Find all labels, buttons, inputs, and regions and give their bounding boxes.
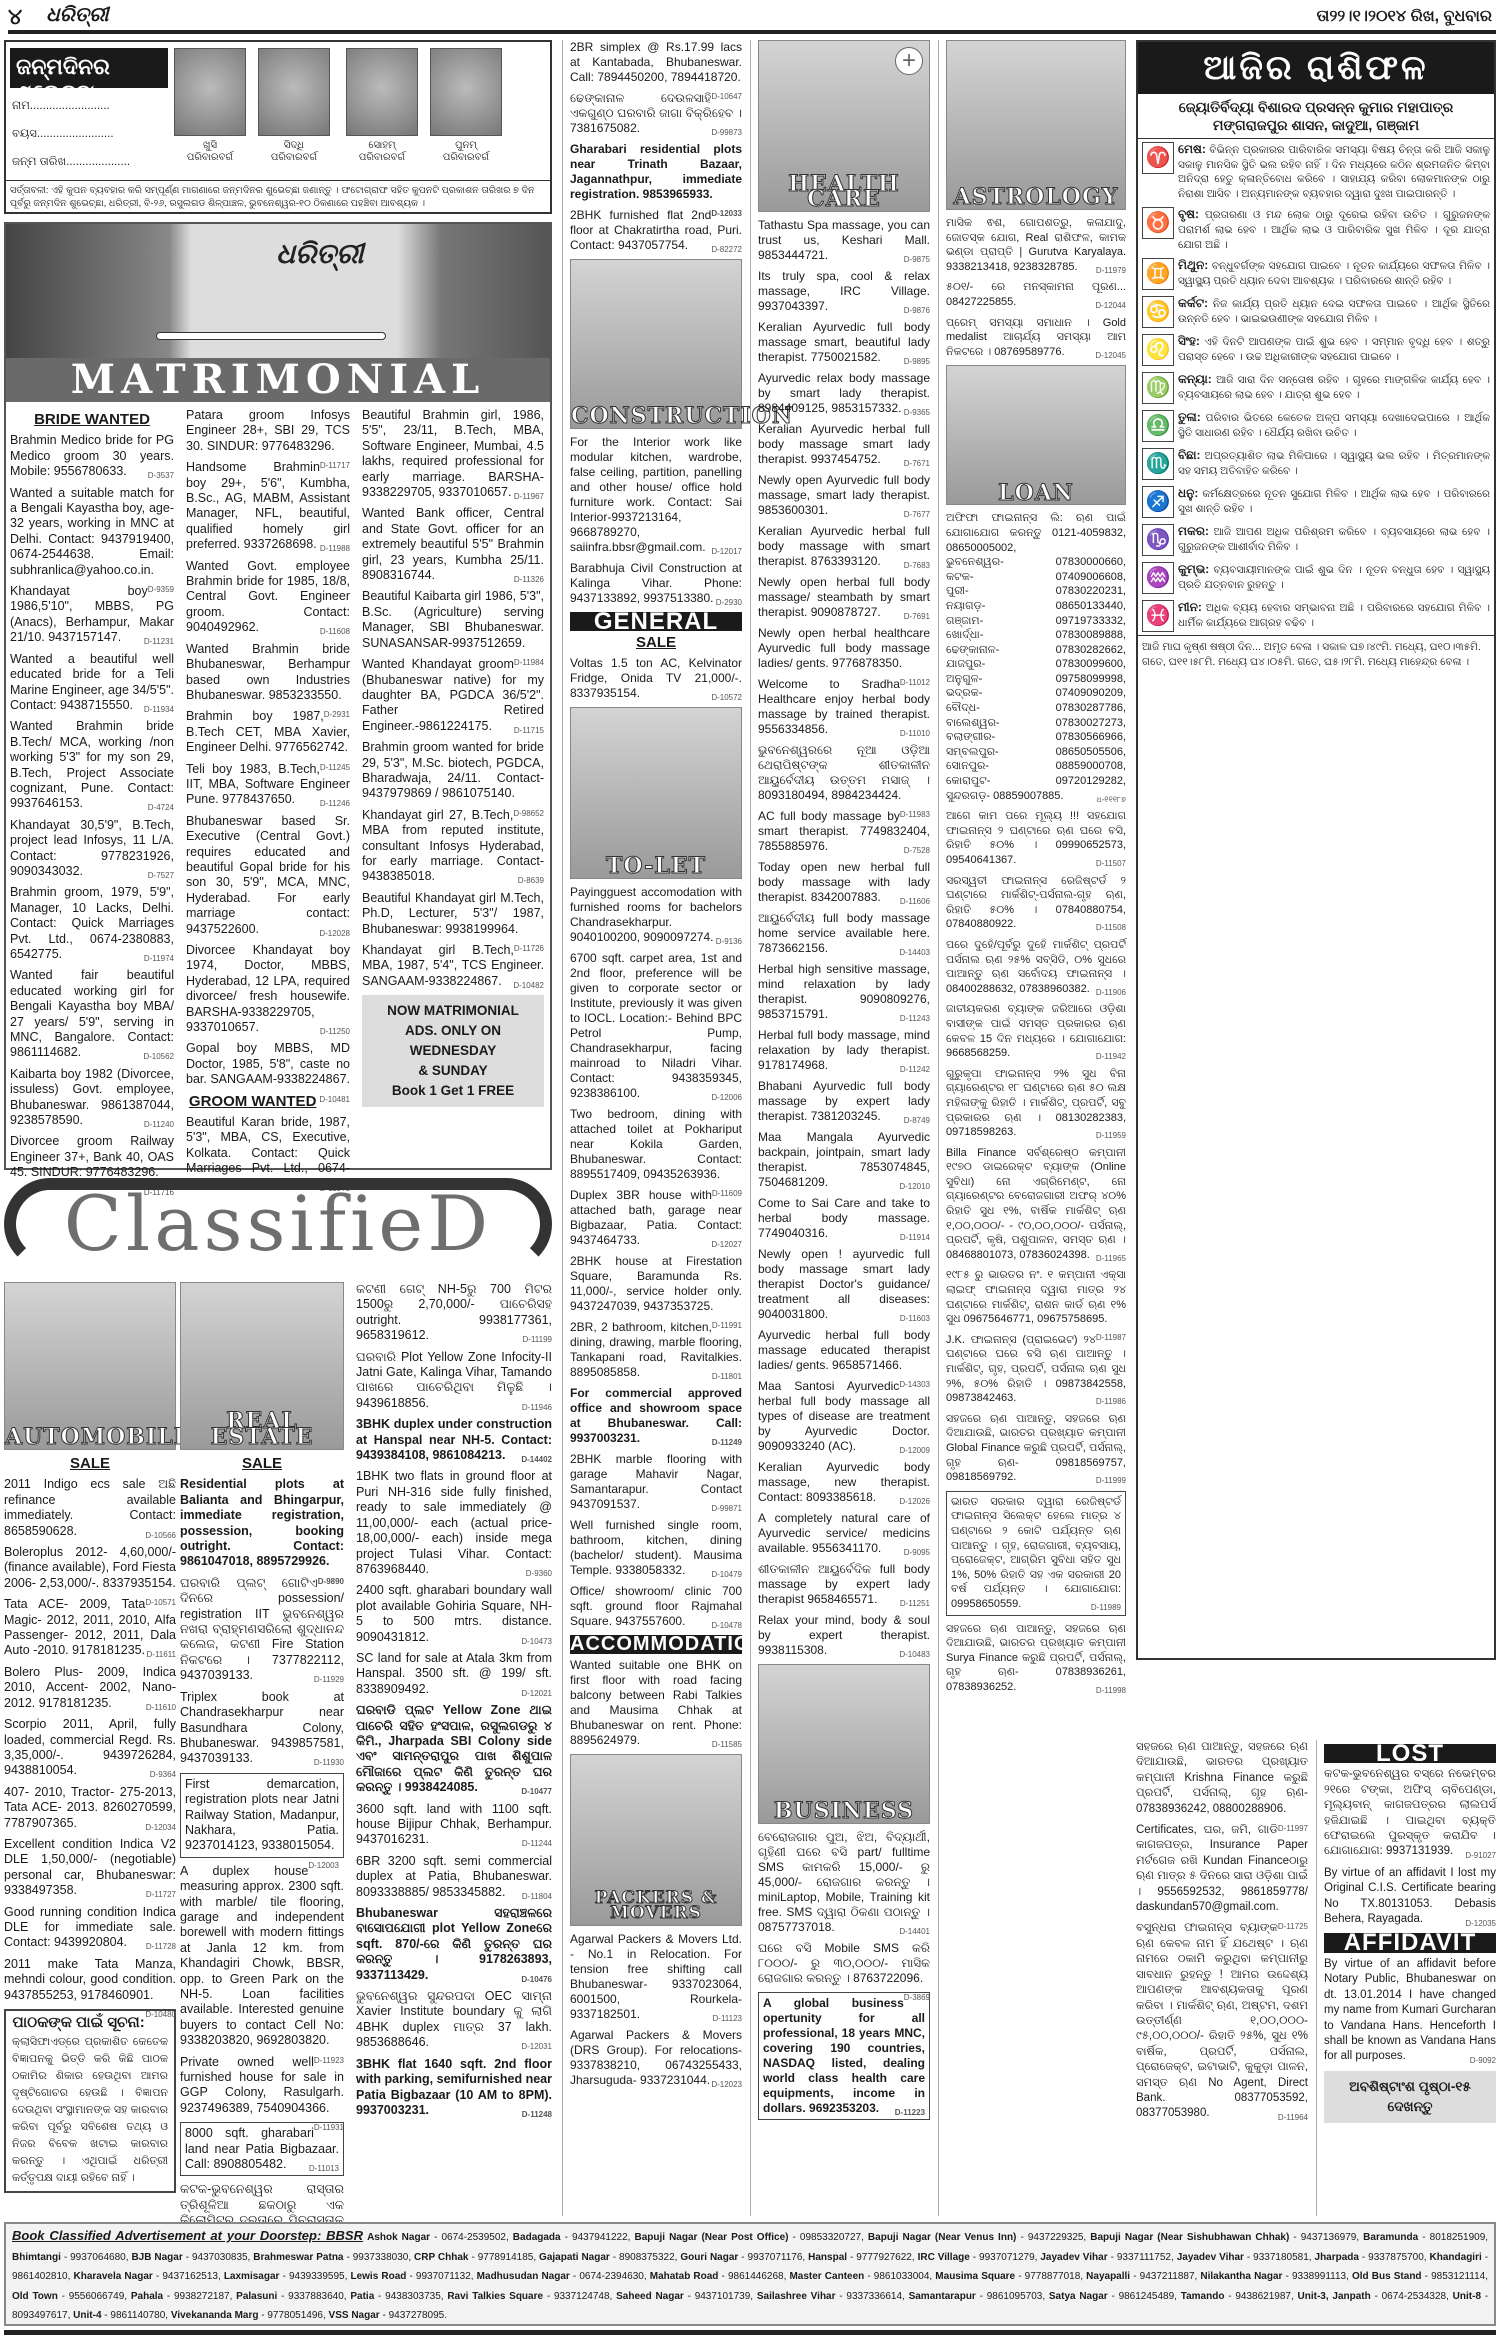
photo-caption: ପୁନମ୍ପରିବାରବର୍ଗ	[428, 140, 504, 164]
booking-centre: Baramunda - 8018251909,	[1359, 2232, 1488, 2243]
cancer-icon: ♋	[1142, 296, 1174, 328]
shehnai-icon	[156, 332, 386, 340]
column-divider	[750, 40, 751, 2216]
banner-arc-decoration	[4, 1178, 552, 1270]
packers-image: PACKERS & MOVERS	[570, 1754, 742, 1926]
column-8: LOST କଟକ-ଭୁବନେଶ୍ୱର ବସ୍‌ରେ ନଭେମ୍ବର ୨୧ରେ ଟ…	[1324, 1740, 1496, 2123]
classified-ad: A duplex house measuring approx. 2300 sq…	[180, 1864, 344, 2049]
classified-ad: 6700 sqft. carpet area, 1st and 2nd floo…	[570, 951, 742, 1101]
aquarius-icon: ♒	[1142, 562, 1174, 594]
booking-centre: Vivekananda Marg - 9778051496,	[168, 2310, 326, 2321]
issue-date: ତା୨୨।୧।୨୦୧୪ ରିଖ, ବୁଧବାର	[1317, 8, 1492, 26]
classified-ad: Tathastu Spa massage, you can trust us, …	[758, 218, 930, 263]
booking-centre: Gajapati Nagar - 8908375322,	[536, 2252, 677, 2263]
sign-aries: ♈ମେଷ: ବିଭିନ୍ନ ପ୍ରକାରର ପାରିବାରିକ ସମସ୍ୟା ବ…	[1138, 139, 1494, 204]
column-7: ସହଜରେ ଋଣ ପାଆନ୍ତୁ, ସହଜରେ ଋଣ ଦିଆଯାଉଛି, ଭାର…	[1136, 1740, 1308, 2128]
booking-centre: BJB Nagar - 9437030835,	[129, 2252, 251, 2263]
classified-ad: କଟଣୀ ଗେଟ୍ NH-5ରୁ 700 ମିଟର 1500ରୁ 2,70,00…	[356, 1282, 552, 1344]
masthead: ୪ ଧରିତ୍ରୀ ତା୨୨।୧।୨୦୧୪ ରିଖ, ବୁଧବାର	[8, 4, 1496, 34]
classified-ad: Newly open herbal full body massage/ ste…	[758, 575, 930, 620]
classified-ad: Wanted a beautiful well educated bride f…	[10, 652, 174, 714]
classified-ad: ଭାରତ ସରକାର ଦ୍ୱାରା ରେଜିଷ୍ଟର୍ଡ ଫାଇନାନ୍ସ ସି…	[946, 1491, 1126, 1616]
booking-centre: Master Canteen - 9861033004,	[786, 2271, 932, 2282]
classified-ad: ଘରବାରି ପ୍ଲଟ୍ ଗୋଟିଏ ଦିନରେ possession/ reg…	[180, 1576, 344, 1684]
classified-ad: Keralian Ayurvedic body massage, new the…	[758, 1460, 930, 1505]
reader-notice-title: ପାଠକଙ୍କ ପାଇଁ ସୂଚନା:	[12, 2015, 168, 2030]
classified-ad: Wanted Brahmin bride Bhubaneswar, Berham…	[186, 642, 350, 704]
horoscope-section: ଆଜିର ରାଶିଫଳ ଜ୍ୟୋତିର୍ବିଦ୍ୟା ବିଶାରଦ ପ୍ରସନ୍…	[1136, 40, 1496, 1660]
classified-ad: Brahmin Medico bride for PG Medico groom…	[10, 433, 174, 479]
classified-ad: Wanted Bank officer, Central and State G…	[362, 506, 544, 583]
matrimonial-col-2: Patara groom Infosys Engineer 28+, SBI 2…	[186, 408, 350, 1198]
booking-centre: Gouri Nagar - 9937071176,	[677, 2252, 805, 2263]
classified-ad: 2BHK house at Firestation Square, Baramu…	[570, 1254, 742, 1314]
classified-ad: Maa Mangala Ayurvedic backpain, jointpai…	[758, 1130, 930, 1190]
booking-strip-lead: Book Classified Advertisement at your Do…	[12, 2228, 363, 2243]
classified-ad: 2BHK marble flooring with garage Mahavir…	[570, 1452, 742, 1512]
classified-ad: Wanted Govt. employee Brahmin bride for …	[186, 559, 350, 636]
horoscope-title: ଆଜିର ରାଶିଫଳ	[1138, 42, 1494, 94]
classified-ad: Divorcee groom Railway Engineer 37+, Ban…	[10, 1134, 174, 1180]
booking-centre: Old Town - 9556066749,	[12, 2291, 127, 2302]
booking-centre: Sailashree Vihar - 9337336614,	[753, 2291, 905, 2302]
automobile-sale-heading: SALE	[4, 1456, 176, 1471]
sign-pisces: ♓ମୀନ: ଅଧିକ ବ୍ୟୟ ହେବାର ସମ୍ଭାବନା ଅଛି । ପରି…	[1138, 597, 1494, 635]
sign-scorpio: ♏ବିଛା: ଅପ୍ରତ୍ୟାଶିତ ଲାଭ ମିଳିପାରେ । ସ୍ୱାସ୍…	[1138, 445, 1494, 483]
panjika-footer: ଆଜି ମାଘ କୃଷ୍ଣ ଷଷ୍ଠୀ ଦିନ... ଅମୃତ ବେଳା । ସ…	[1138, 635, 1494, 673]
classified-ad: ଗୁରୁକୃପା ଫାଇନାନ୍ସ ୨% ସୁଧ ବିନା ଗ୍ୟାରେଣ୍ଟର…	[946, 1067, 1126, 1140]
classified-ad: 407- 2010, Tractor- 275-2013, Tata ACE- …	[4, 1785, 176, 1831]
classified-ad: Payingguest accomodation with furnished …	[570, 885, 742, 945]
bride-wanted-heading: BRIDE WANTED	[10, 412, 174, 427]
classified-ad: 3600 sqft. land with 1100 sqft. house Bi…	[356, 1802, 552, 1848]
sign-sagittarius: ♐ଧନୁ: କର୍ମକ୍ଷେତ୍ରରେ ନୂତନ ସୁଯୋଗ ମିଳିବ । ଆ…	[1138, 483, 1494, 521]
astrology-label: ASTROLOGY	[947, 190, 1125, 205]
reader-notice-body: କ୍ଲାସିଫାଏଡ୍‌ରେ ପ୍ରକାଶିତ କେତେକ ବିଜ୍ଞାପନକୁ…	[12, 2034, 168, 2187]
classified-ad: Brahmin groom wanted for bride 29, 5'3",…	[362, 740, 544, 802]
booking-centre: Mausima Square - 9778877018,	[932, 2271, 1083, 2282]
column-5: + HEALTH CARE Tathastu Spa massage, you …	[758, 40, 930, 2126]
classified-ad: 2011 Indigo ecs sale ଅଛି refinance avail…	[4, 1477, 176, 1539]
age-field: ବୟସ........................	[12, 128, 114, 141]
classified-ad: SC land for sale at Atala 3km from Hansp…	[356, 1651, 552, 1697]
classified-ad: Bhabani Ayurvedic full body massage by e…	[758, 1079, 930, 1124]
lost-heading: LOST	[1324, 1744, 1496, 1763]
booking-centre: Kharavela Nagar - 9437162513,	[70, 2271, 220, 2282]
sign-libra: ♎ତୁଳା: ପରିବାର ଭିତରେ କେତେକ ଅଳ୍ପ ସମସ୍ୟା ଦେ…	[1138, 407, 1494, 445]
booking-centre: VSS Nagar - 9437278095.	[326, 2310, 447, 2321]
classified-ad: Office/ showroom/ clinic 700 sqft. groun…	[570, 1584, 742, 1629]
classified-ad: Wanted a suitable match for a Bengali Ka…	[10, 486, 174, 578]
classified-ad: Handsome Brahmin boy 29+, 5'6", Kumbha, …	[186, 460, 350, 552]
column-divider	[562, 40, 563, 2216]
classified-ad: Boleroplus 2012- 4,60,000/- (finance ava…	[4, 1545, 176, 1591]
booking-centre: Patia - 9438303735,	[347, 2291, 444, 2302]
classified-ad: ପରେ ଦୁହେଁ/ପୂର୍ବରୁ ଦୁହେଁ ମାର୍କଶିଟ୍ ପ୍ରପର୍…	[946, 938, 1126, 996]
affidavit-heading: AFFIDAVIT	[1324, 1933, 1496, 1952]
aries-icon: ♈	[1142, 142, 1174, 174]
classified-ad: Herbal full body massage, mind relaxatio…	[758, 1028, 930, 1073]
classified-ad: 2BR simplex @ Rs.17.99 lacs at Kantabada…	[570, 40, 742, 85]
classified-ad: Beautiful Kaibarta girl 1986, 5'3", B.Sc…	[362, 589, 544, 651]
loan-label: LOAN	[947, 486, 1125, 501]
classified-banner: ClassifieD	[4, 1178, 552, 1270]
classified-ad: ଘରେ ବସି Mobile SMS କରି ୮୦୦୦/- ରୁ ୩୦,୦୦୦/…	[758, 1941, 930, 1986]
child-photo	[430, 48, 502, 136]
booking-centre: CRP Chhak - 9778914185,	[411, 2252, 536, 2263]
classified-ad: 3BHK flat 1640 sqft. 2nd floor with park…	[356, 2057, 552, 2119]
booking-centre: Palasuni - 9337883640,	[232, 2291, 346, 2302]
classified-ad: Newly open herbal healthcare Ayurvedic f…	[758, 626, 930, 671]
classified-ad: First demarcation, registration plots ne…	[180, 1773, 344, 1858]
sign-taurus: ♉ବୃଷ: ପ୍ରତାରଣା ଓ ମନ୍ଦ ଲୋକ ଠାରୁ ଦୂରେଇ ରହି…	[1138, 204, 1494, 255]
leo-icon: ♌	[1142, 334, 1174, 366]
classified-ad: Voltas 1.5 ton AC, Kelvinator Fridge, On…	[570, 656, 742, 701]
classified-ad: Khandayat 30,5'9", B.Tech, project lead …	[10, 818, 174, 880]
birthday-coupon: ଜନ୍ମଦିନର ଶୁଭେଚ୍ଛା ନାମ...................…	[4, 40, 552, 214]
classified-ad: Newly open Ayurvedic full body massage, …	[758, 473, 930, 518]
booking-centre: Laxmisagar - 9439339595,	[221, 2271, 348, 2282]
booking-centre: Jharpada - 9337875700,	[1312, 2252, 1427, 2263]
classified-ad: Keralian Ayurvedic herbal full body mass…	[758, 524, 930, 569]
booking-centre: Mahatab Road - 9861446268,	[647, 2271, 787, 2282]
sign-capricorn: ♑ମକର: ଆଜି ଆପଣ ଅଧିକ ପରିଶ୍ରମ କରିବେ । ବ୍ୟବସ…	[1138, 521, 1494, 559]
booking-centre: Nilakantha Nagar - 9338991113,	[1197, 2271, 1349, 2282]
construction-label: CONSTRUCTION	[571, 409, 741, 424]
classified-ad: କଟକ-ଭୁବନେଶ୍ୱର ବସ୍‌ରେ ନଭେମ୍ବର ୨୧ରେ ଟଙ୍କା,…	[1324, 1767, 1496, 1859]
classified-ad: Kaibarta boy 1982 (Divorcee, issuless) G…	[10, 1067, 174, 1129]
astrologer-credit: ଜ୍ୟୋତିର୍ବିଦ୍ୟା ବିଶାରଦ ପ୍ରସନ୍ନ କୁମାର ମହାପ…	[1138, 94, 1494, 139]
classified-ad: Wanted Brahmin bride B.Tech/ MCA, workin…	[10, 719, 174, 811]
classified-ad: ଭୁବନେଶ୍ୱରରେ ନୂଆ ଓଡ଼ିଆ ଥେରାପିଷ୍ଟଙ୍କ ଶୀତକା…	[758, 743, 930, 803]
classified-ad: Bhubaneswar based Sr. Executive (Central…	[186, 814, 350, 937]
booking-centre-list: Ashok Nagar - 0674-2539502, Badagada - 9…	[12, 2232, 1488, 2321]
classified-ad: Wanted suitable one BHK on first floor w…	[570, 1658, 742, 1748]
classified-ad: Billa Finance ସର୍ବଶ୍ରେଷ୍ଠ କମ୍ପାନୀ ୧୯୭୦ ଡ…	[946, 1146, 1126, 1263]
booking-centre: Jayadev Vihar - 9337180581,	[1174, 2252, 1312, 2263]
child-photo	[346, 48, 418, 136]
classified-ad: Ayurvedic relax body massage by smart la…	[758, 371, 930, 416]
construction-image: CONSTRUCTION	[570, 259, 742, 429]
astrology-image: ASTROLOGY	[946, 40, 1126, 210]
realestate-label: REAL ESTATE	[181, 1414, 343, 1445]
classified-ad: Relax your mind, body & soul by expert t…	[758, 1613, 930, 1658]
dob-field: ଜନ୍ମ ତାରିଖ....................	[12, 156, 130, 169]
classified-ad: Two bedroom, dining with attached toilet…	[570, 1107, 742, 1182]
booking-centre: Bapuji Nagar (Near Venus Inn) - 94372293…	[864, 2232, 1086, 2243]
classified-ad: Come to Sai Care and take to herbal body…	[758, 1196, 930, 1241]
automobile-column: AUTOMOBILE SALE 2011 Indigo ecs sale ଅଛି…	[4, 1282, 176, 2193]
classified-ad: Excellent condition Indica V2 DLE 1,50,0…	[4, 1837, 176, 1899]
classified-ad: Scorpio 2011, April, fully loaded, comme…	[4, 1717, 176, 1779]
sign-virgo: ♍କନ୍ୟା: ଆଜି ସାରା ଦିନ ସନ୍ତୋଷ ରହିବ । ଗୃହରେ…	[1138, 369, 1494, 407]
classified-ad: 3BHK duplex under construction at Hanspa…	[356, 1417, 552, 1463]
classified-ad: ଘରବାଡି ପ୍ଲଟ Yellow Zone ଥାଇ ପାଚେରି ସହିତ …	[356, 1703, 552, 1795]
matrimonial-banner-image: ଧରିତ୍ରୀ	[6, 224, 550, 358]
classified-ad: Residential plots at Balianta and Bhinga…	[180, 1477, 344, 1569]
packers-label: PACKERS & MOVERS	[571, 1891, 741, 1921]
booking-centre: Satya Nagar - 9861245489,	[1045, 2291, 1177, 2302]
classified-ad: 1BHK two flats in ground floor at Puri N…	[356, 1469, 552, 1577]
booking-centre: Ravi Talkies Square - 9337124748,	[444, 2291, 613, 2302]
scorpio-icon: ♏	[1142, 448, 1174, 480]
realestate-column: REAL ESTATE SALE Residential plots at Ba…	[180, 1282, 344, 2281]
classified-ad: A completely natural care of Ayurvedic s…	[758, 1511, 930, 1556]
classified-ad: ୫୦୧/- ରେ ମନସ୍କାମନା ପୂରଣ... 08427225855. …	[946, 280, 1126, 309]
classified-ad: Keralian Ayurvedic herbal full body mass…	[758, 422, 930, 467]
reader-notice: ପାଠକଙ୍କ ପାଇଁ ସୂଚନା: କ୍ଲାସିଫାଏଡ୍‌ରେ ପ୍ରକା…	[4, 2009, 176, 2193]
booking-centre: Samantarapur - 9861095703,	[905, 2291, 1045, 2302]
booking-centre: Bhimtangi - 9937064680,	[12, 2252, 129, 2263]
classified-ad: By virtue of an affidavit I lost my Orig…	[1324, 1866, 1496, 1928]
sign-aquarius: ♒କୁମ୍ଭ: ବ୍ୟବସାୟୀମାନଙ୍କ ପାଇଁ ଶୁଭ ଦିନ । ନୂ…	[1138, 559, 1494, 597]
classified-ad: ଆଗେ କାମ ପରେ ମୂଲ୍ୟ !!! ସହଯୋଗ ଫାଇନାନ୍ସ ୨ ଘ…	[946, 809, 1126, 867]
tolet-label: TO-LET	[571, 859, 741, 874]
classified-ad: ସହଜରେ ଋଣ ପାଆନ୍ତୁ, ସହଜରେ ଋଣ ଦିଆଯାଉଛି, ଭାର…	[1136, 1740, 1308, 1817]
column-divider	[938, 40, 939, 2216]
matrimonial-col-3: Beautiful Brahmin girl, 1986, 5'5", 23/1…	[362, 408, 544, 1107]
photo-caption: ଖୁସିପରିବାରବର୍ଗ	[172, 140, 248, 164]
column-6: ASTROLOGY ମାସିକ ଵଶ, ଗୋପଶତ୍ରୁ, କଳାଯାଦୁ, ଜ…	[946, 40, 1126, 1700]
classified-ad: Gopal boy MBBS, MD Doctor, 1985, 5'8", c…	[186, 1041, 350, 1087]
classified-ad: Keralian Ayurvedic full body massage sma…	[758, 320, 930, 365]
birthday-title: ଜନ୍ମଦିନର ଶୁଭେଚ୍ଛା	[10, 48, 168, 88]
booking-centre: IRC Village - 9937071279,	[915, 2252, 1038, 2263]
classified-ad: Brahmin groom, 1979, 5'9", Manager, 10 L…	[10, 885, 174, 962]
classified-ad: Triplex book at Chandrasekharpur near Ba…	[180, 1690, 344, 1767]
booking-centre: Bapuji Nagar (Near Sishubhawan Chhak) - …	[1086, 2232, 1359, 2243]
classified-ad: ଘରବାରି Plot Yellow Zone Infocity-II Jatn…	[356, 1350, 552, 1412]
column-divider	[1316, 1740, 1317, 2216]
column-4: 2BR simplex @ Rs.17.99 lacs at Kantabada…	[570, 40, 742, 2094]
paper-logo: ଧରିତ୍ରୀ	[276, 238, 363, 271]
classified-ad: ଶୀତକାଳୀନ ଆୟୁର୍ବେଦିକ full body massage by…	[758, 1562, 930, 1607]
child-photo	[258, 48, 330, 136]
classified-ad: By virtue of an affidavit before Notary …	[1324, 1957, 1496, 2065]
automobile-label: AUTOMOBILE	[5, 1430, 175, 1445]
accommodation-heading: ACCOMMODATION	[570, 1635, 742, 1654]
classified-ad: ଆୟୁର୍ବେଦୀୟ full body massage home servic…	[758, 911, 930, 956]
classified-ad: ୧୯୮୫ ରୁ ଭାରତର ନଂ. ୧ କମ୍ପାନୀ ଏକ୍ସା ଲାଇଫ୍ …	[946, 1268, 1126, 1326]
loan-branches-ad: ଅଫିଫା ଫାଇନାନ୍ସ ଲି: ଋଣ ପାଇଁ ଯୋଗାଯୋଗ କରନ୍ତ…	[946, 511, 1126, 803]
photo-caption: ସିଦ୍ଧିପରିବାରବର୍ଗ	[256, 140, 332, 164]
page-number: ୪	[8, 4, 22, 30]
classified-ad: Beautiful Brahmin girl, 1986, 5'5", 23/1…	[362, 408, 544, 500]
footer-rule	[4, 2330, 1496, 2335]
sign-gemini: ♊ମିଥୁନ: ବନ୍ଧୁବର୍ଗଙ୍କ ସହଯୋଗ ପାଇବେ । ନୂତନ …	[1138, 255, 1494, 293]
continued-on-page-notice: ଅବଶିଷ୍ଟାଂଶ ପୃଷ୍ଠା-୧୫ ଦେଖନ୍ତୁ	[1324, 2071, 1496, 2123]
virgo-icon: ♍	[1142, 372, 1174, 404]
classified-ad: Wanted fair beautiful educated working g…	[10, 968, 174, 1060]
booking-centres-strip: Book Classified Advertisement at your Do…	[4, 2222, 1496, 2326]
tolet-image: TO-LET	[570, 707, 742, 879]
taurus-icon: ♉	[1142, 207, 1174, 239]
booking-centre: Hanspal - 9777927622,	[805, 2252, 914, 2263]
photo-caption: ସୋହମ୍ପରିବାରବର୍ଗ	[344, 140, 420, 164]
booking-centre: Saheed Nagar - 9437101739,	[612, 2291, 753, 2302]
booking-centre: Jayadev Vihar - 9337111752,	[1037, 2252, 1173, 2263]
business-image: BUSINESS	[758, 1664, 930, 1824]
capricorn-icon: ♑	[1142, 524, 1174, 556]
classified-ad: For the Interior work like modular kitch…	[570, 435, 742, 555]
classified-ad: Newly open ! ayurvedic full body massage…	[758, 1247, 930, 1322]
booking-centre: Unit-3, Janpath - 0674-2534328,	[1294, 2291, 1449, 2302]
business-label: BUSINESS	[759, 1804, 929, 1819]
booking-centre: Old Bus Stand - 9853121114,	[1349, 2271, 1488, 2282]
classified-ad: 2011 make Tata Manza, mehndi colour, goo…	[4, 1957, 176, 2003]
booking-centre: Badagada - 9437941222,	[509, 2232, 631, 2243]
healthcare-image: + HEALTH CARE	[758, 40, 930, 212]
classified-ad: Agarwal Packers & Movers Ltd. - No.1 in …	[570, 1932, 742, 2022]
sagittarius-icon: ♐	[1142, 486, 1174, 518]
libra-icon: ♎	[1142, 410, 1174, 442]
classified-ad: 2400 sqft. gharabari boundary wall plot …	[356, 1583, 552, 1645]
classified-ad: Certificates, ଘର, ଜମି, ଗାଡି କାଗଜପତ୍ର, In…	[1136, 1823, 1308, 1915]
classified-ad: Good running condition Indica DLE for im…	[4, 1905, 176, 1951]
matrimonial-promo-box: NOW MATRIMONIAL ADS. ONLY ON WEDNESDAY &…	[362, 995, 544, 1107]
classified-ad: ବସୁନ୍ଧରା ଫାଇନାନ୍ସ ବ୍ୟାଙ୍କ ଋଣ କେବଳ ନାମ ହି…	[1136, 1921, 1308, 2121]
booking-centre: Tamando - 9438621987,	[1177, 2291, 1294, 2302]
realestate-image: REAL ESTATE	[180, 1282, 344, 1450]
classified-ad: For commercial approved office and showr…	[570, 1386, 742, 1446]
realestate-sale-heading: SALE	[180, 1456, 344, 1471]
classified-ad: Divorcee Khandayat boy 1974, Doctor, MBB…	[186, 943, 350, 1035]
classified-ad: ଭୁବନେଶ୍ୱର ସୁନ୍ଦରପଦା OEC ସାମ୍ନା Xavier In…	[356, 1989, 552, 2051]
matrimonial-col-1: BRIDE WANTED Brahmin Medico bride for PG…	[10, 408, 174, 1200]
sign-cancer: ♋କର୍କଟ: ନିଜ କାର୍ଯ୍ୟ ପ୍ରତି ଧ୍ୟାନ ଦେଇ ସଫଳତ…	[1138, 293, 1494, 331]
classified-ad: ଜାତୀୟକରଣ ବ୍ୟାଙ୍କ ଜରିଆରେ ଓଡ଼ିଶା ବାସୀଙ୍କ ପ…	[946, 1002, 1126, 1060]
booking-centre: Pahala - 9938272187,	[127, 2291, 232, 2302]
classified-ad: Agarwal Packers & Movers (DRS Group). Fo…	[570, 2028, 742, 2088]
classified-ad: A global business opertunity for all pro…	[758, 1992, 930, 2120]
gemini-icon: ♊	[1142, 258, 1174, 290]
booking-centre: Nayapalli - 9437211887,	[1083, 2271, 1197, 2282]
booking-centre: Bapuji Nagar (Near Post Office) - 098533…	[630, 2232, 863, 2243]
classified-ad: Patara groom Infosys Engineer 28+, SBI 2…	[186, 408, 350, 454]
classified-ad: Beautiful Khandayat girl M.Tech, Ph.D, L…	[362, 891, 544, 937]
classified-ad: Gharabari residential plots near Trinath…	[570, 142, 742, 202]
classified-ad: ମାସିକ ଵଶ, ଗୋପଶତ୍ରୁ, କଳାଯାଦୁ, ଜୋତସ୍କ ଯୋଗ,…	[946, 216, 1126, 274]
classified-ad: ସହଜରେ ଋଣ ପାଆନ୍ତୁ, ସହଜରେ ଋଣ ଦିଆଯାଉଛି, ଭାର…	[946, 1622, 1126, 1695]
classified-ad: Today open new herbal full body massage …	[758, 860, 930, 905]
booking-centre: Lewis Road - 9937071132,	[347, 2271, 473, 2282]
classified-ad: Bolero Plus- 2009, Indica 2010, Accent- …	[4, 1665, 176, 1711]
classified-ad: Barabhuja Civil Construction at Kalinga …	[570, 561, 742, 606]
healthcare-label: HEALTH CARE	[759, 177, 929, 207]
paper-name: ଧରିତ୍ରୀ	[46, 4, 108, 27]
birthday-terms: ସର୍ତ୍ତାବଳୀ: ଏହି କୁପନ ବ୍ୟବହାର କରି ସମ୍ପୂର୍…	[6, 180, 550, 213]
classified-ad: ପ୍ରେମ୍ ସମସ୍ୟା ସମାଧାନ । Gold medalist ଆଚା…	[946, 316, 1126, 360]
booking-centre: Madhusudan Nagar - 0674-2394630,	[474, 2271, 647, 2282]
general-sale-heading: SALE	[570, 635, 742, 650]
classified-ad: Bhubaneswar ସହରାଞ୍ଚଳରେ ବାସୋପଯୋଗୀ plot Ye…	[356, 1906, 552, 1983]
child-photo	[174, 48, 246, 136]
classified-ad: ବେରୋଜଗାର ପୁଅ, ଝିଅ, ବିଦ୍ୟାର୍ଥୀ, ଗୃହିଣୀ ଘର…	[758, 1830, 930, 1935]
classified-ad: Its truly spa, cool & relax massage, IRC…	[758, 269, 930, 314]
classified-ad: Ayurvedic herbal full body massage educa…	[758, 1328, 930, 1373]
booking-centre: Brahmeswar Patna - 9937338030,	[250, 2252, 411, 2263]
sign-leo: ♌ସିଂହ: ଏହି ଦିନଟି ଆପଣଙ୍କ ପାଇଁ ଶୁଭ ହେବ । ସ…	[1138, 331, 1494, 369]
general-heading: GENERAL	[570, 612, 742, 631]
plus-icon: +	[895, 47, 923, 75]
matrimonial-title: MATRIMONIAL	[6, 358, 550, 402]
loan-image: LOAN	[946, 365, 1126, 505]
name-field: ନାମ.........................	[12, 100, 110, 113]
realestate-column-2: କଟଣୀ ଗେଟ୍ NH-5ରୁ 700 ମିଟର 1500ରୁ 2,70,00…	[356, 1282, 552, 2124]
classified-ad: Well furnished single room, bathroom, ki…	[570, 1518, 742, 1578]
classified-ad: Herbal high sensitive massage, mind rela…	[758, 962, 930, 1022]
classified-ad: ସରସ୍ୱତୀ ଫାଇନାନ୍ସ ରେଜିଷ୍ଟର୍ଡ ୨ ଘଣ୍ଟାରେ ମା…	[946, 874, 1126, 932]
pisces-icon: ♓	[1142, 600, 1174, 632]
booking-centre: Unit-4 - 9861140780,	[70, 2310, 168, 2321]
classified-ad: 6BR 3200 sqft. semi commercial duplex at…	[356, 1854, 552, 1900]
automobile-image: AUTOMOBILE	[4, 1282, 176, 1450]
matrimonial-section: ଧରିତ୍ରୀ MATRIMONIAL BRIDE WANTED Brahmin…	[4, 222, 552, 1170]
booking-centre: Ashok Nagar - 0674-2539502,	[367, 2232, 509, 2243]
classified-ad: ସହଜରେ ଋଣ ପାଆନ୍ତୁ, ସହଜରେ ଋଣ ଦିଆଯାଉଛି, ଭାର…	[946, 1412, 1126, 1485]
